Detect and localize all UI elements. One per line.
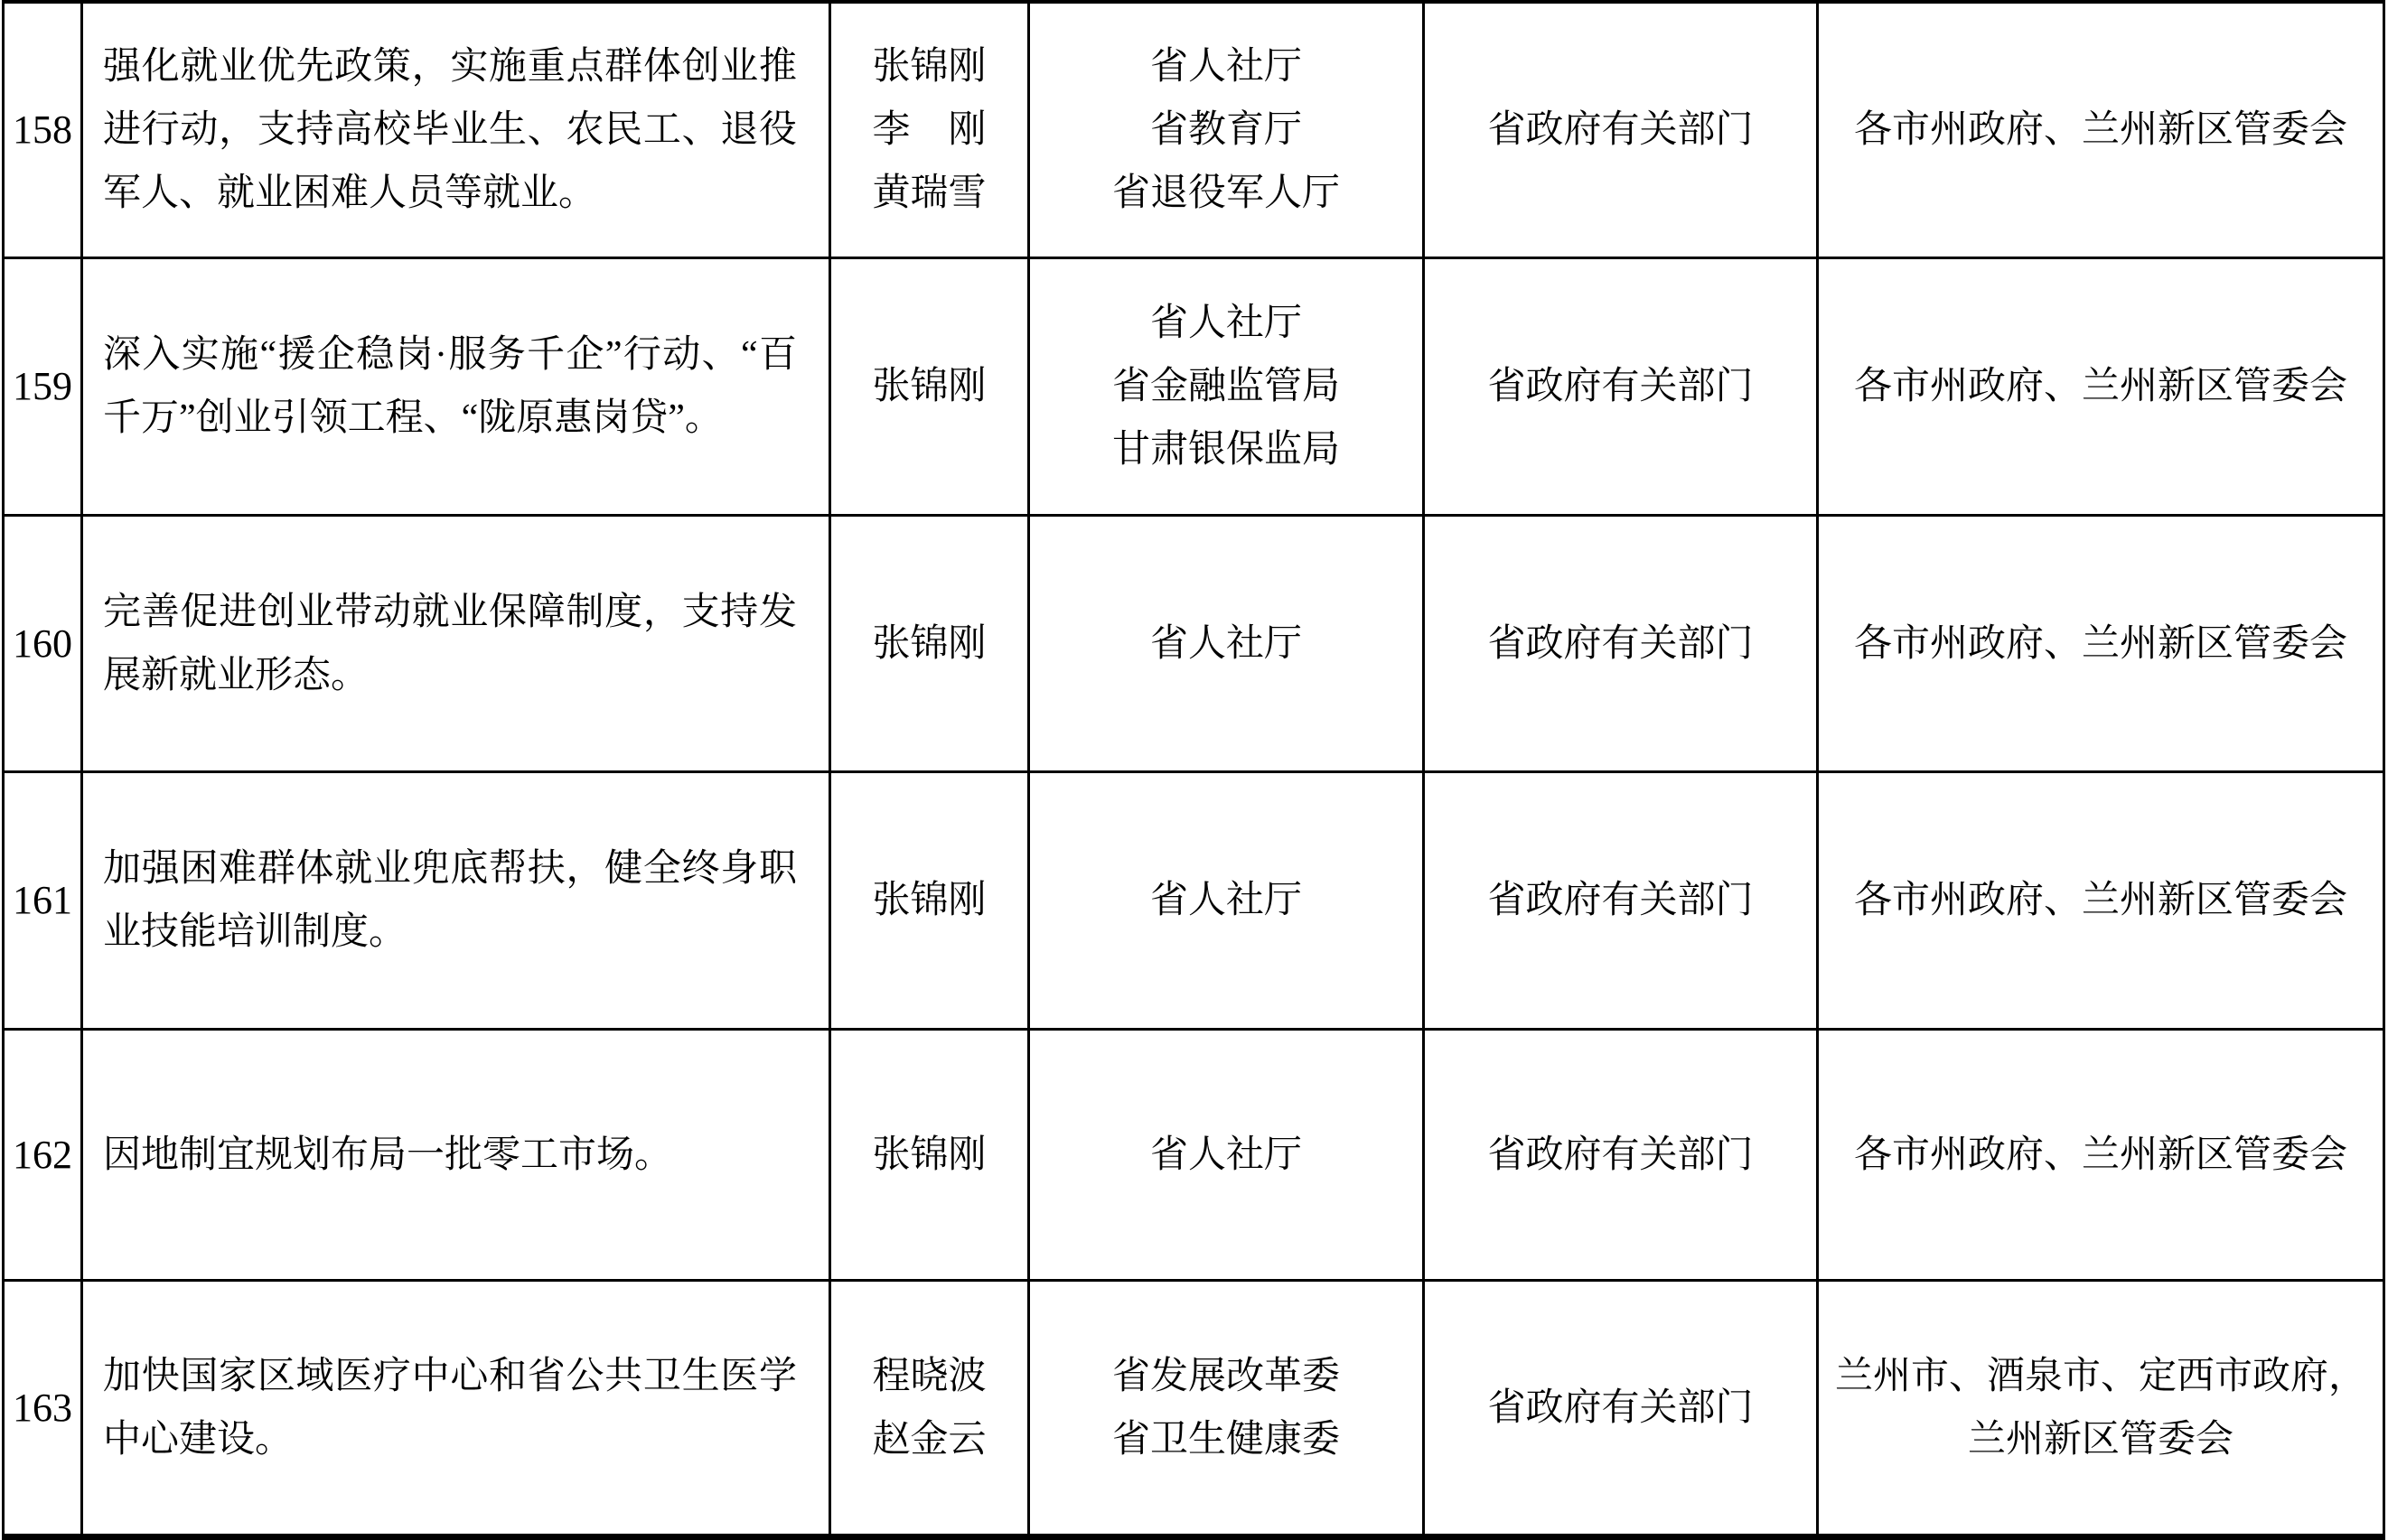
department-name: 省人社厅 xyxy=(1150,292,1302,355)
department-name: 省人社厅 xyxy=(1150,869,1302,932)
departments-cell: 省人社厅 xyxy=(1030,517,1425,770)
related-departments: 省政府有关部门 xyxy=(1487,1377,1753,1440)
department-name: 省卫生健康委 xyxy=(1112,1408,1340,1471)
table-row: 159 深入实施“援企稳岗·服务千企”行动、“百千万”创业引领工程、“陇原惠岗贷… xyxy=(5,259,2383,517)
leader-name: 张锦刚 xyxy=(872,355,986,418)
leaders-cell: 张锦刚 xyxy=(831,773,1030,1028)
implementer-line: 各市州政府、兰州新区管委会 xyxy=(1854,612,2347,676)
table-row: 158 强化就业优先政策，实施重点群体创业推进行动，支持高校毕业生、农民工、退役… xyxy=(5,4,2383,259)
leader-name: 张锦刚 xyxy=(872,1124,986,1187)
related-departments: 省政府有关部门 xyxy=(1487,612,1753,676)
related-departments: 省政府有关部门 xyxy=(1487,355,1753,418)
leaders-cell: 张锦刚 xyxy=(831,1031,1030,1279)
task-cell: 加快国家区域医疗中心和省公共卫生医学中心建设。 xyxy=(83,1282,831,1534)
leader-name: 程晓波 xyxy=(872,1345,986,1408)
related-departments-cell: 省政府有关部门 xyxy=(1425,1031,1819,1279)
task-text: 加强困难群体就业兜底帮扶，健全终身职业技能培训制度。 xyxy=(103,837,797,964)
departments-cell: 省人社厅 xyxy=(1030,1031,1425,1279)
task-cell: 深入实施“援企稳岗·服务千企”行动、“百千万”创业引领工程、“陇原惠岗贷”。 xyxy=(83,259,831,514)
leaders-cell: 程晓波 赵金云 xyxy=(831,1282,1030,1534)
related-departments-cell: 省政府有关部门 xyxy=(1425,4,1819,257)
related-departments: 省政府有关部门 xyxy=(1487,869,1753,932)
related-departments-cell: 省政府有关部门 xyxy=(1425,259,1819,514)
task-text: 强化就业优先政策，实施重点群体创业推进行动，支持高校毕业生、农民工、退役军人、就… xyxy=(103,35,797,225)
department-name: 甘肃银保监局 xyxy=(1112,418,1340,481)
leader-name: 张锦刚 xyxy=(872,35,986,98)
departments-cell: 省人社厅 省金融监管局 甘肃银保监局 xyxy=(1030,259,1425,514)
table-row: 162 因地制宜规划布局一批零工市场。 张锦刚 省人社厅 省政府有关部门 各市州… xyxy=(5,1031,2383,1282)
related-departments-cell: 省政府有关部门 xyxy=(1425,517,1819,770)
implementers-cell: 各市州政府、兰州新区管委会 xyxy=(1819,517,2383,770)
implementers-cell: 各市州政府、兰州新区管委会 xyxy=(1819,4,2383,257)
departments-cell: 省人社厅 xyxy=(1030,773,1425,1028)
related-departments-cell: 省政府有关部门 xyxy=(1425,1282,1819,1534)
task-cell: 强化就业优先政策，实施重点群体创业推进行动，支持高校毕业生、农民工、退役军人、就… xyxy=(83,4,831,257)
leader-name: 张锦刚 xyxy=(872,612,986,676)
table-row: 161 加强困难群体就业兜底帮扶，健全终身职业技能培训制度。 张锦刚 省人社厅 … xyxy=(5,773,2383,1031)
row-number: 160 xyxy=(5,517,83,770)
department-name: 省人社厅 xyxy=(1150,612,1302,676)
task-assignment-table: 158 强化就业优先政策，实施重点群体创业推进行动，支持高校毕业生、农民工、退役… xyxy=(2,0,2385,1540)
implementers-cell: 各市州政府、兰州新区管委会 xyxy=(1819,773,2383,1028)
task-cell: 因地制宜规划布局一批零工市场。 xyxy=(83,1031,831,1279)
department-name: 省人社厅 xyxy=(1150,35,1302,98)
implementer-line: 兰州新区管委会 xyxy=(1968,1408,2233,1471)
leaders-cell: 张锦刚 xyxy=(831,259,1030,514)
leader-name: 张锦刚 xyxy=(872,869,986,932)
implementers-cell: 各市州政府、兰州新区管委会 xyxy=(1819,259,2383,514)
implementers-cell: 兰州市、酒泉市、定西市政府， 兰州新区管委会 xyxy=(1819,1282,2383,1534)
implementer-line: 各市州政府、兰州新区管委会 xyxy=(1854,355,2347,418)
implementer-line: 各市州政府、兰州新区管委会 xyxy=(1854,1124,2347,1187)
task-text: 因地制宜规划布局一批零工市场。 xyxy=(103,1124,797,1187)
leader-name: 李 刚 xyxy=(872,98,986,162)
department-name: 省退役军人厅 xyxy=(1112,162,1340,225)
related-departments: 省政府有关部门 xyxy=(1487,98,1753,162)
department-name: 省发展改革委 xyxy=(1112,1345,1340,1408)
document-page: 158 强化就业优先政策，实施重点群体创业推进行动，支持高校毕业生、农民工、退役… xyxy=(0,0,2388,1540)
task-text: 加快国家区域医疗中心和省公共卫生医学中心建设。 xyxy=(103,1345,797,1471)
department-name: 省教育厅 xyxy=(1150,98,1302,162)
department-name: 省人社厅 xyxy=(1150,1124,1302,1187)
task-cell: 加强困难群体就业兜底帮扶，健全终身职业技能培训制度。 xyxy=(83,773,831,1028)
table-row: 160 完善促进创业带动就业保障制度，支持发展新就业形态。 张锦刚 省人社厅 省… xyxy=(5,517,2383,773)
department-name: 省金融监管局 xyxy=(1112,355,1340,418)
row-number: 163 xyxy=(5,1282,83,1534)
row-number: 158 xyxy=(5,4,83,257)
table-row: 163 加快国家区域医疗中心和省公共卫生医学中心建设。 程晓波 赵金云 省发展改… xyxy=(5,1282,2383,1534)
departments-cell: 省人社厅 省教育厅 省退役军人厅 xyxy=(1030,4,1425,257)
departments-cell: 省发展改革委 省卫生健康委 xyxy=(1030,1282,1425,1534)
implementer-line: 各市州政府、兰州新区管委会 xyxy=(1854,98,2347,162)
task-text: 深入实施“援企稳岗·服务千企”行动、“百千万”创业引领工程、“陇原惠岗贷”。 xyxy=(103,323,797,450)
related-departments: 省政府有关部门 xyxy=(1487,1124,1753,1187)
row-number: 159 xyxy=(5,259,83,514)
leader-name: 赵金云 xyxy=(872,1408,986,1471)
leaders-cell: 张锦刚 xyxy=(831,517,1030,770)
row-number: 162 xyxy=(5,1031,83,1279)
implementer-line: 兰州市、酒泉市、定西市政府， xyxy=(1835,1345,2366,1408)
related-departments-cell: 省政府有关部门 xyxy=(1425,773,1819,1028)
implementers-cell: 各市州政府、兰州新区管委会 xyxy=(1819,1031,2383,1279)
task-cell: 完善促进创业带动就业保障制度，支持发展新就业形态。 xyxy=(83,517,831,770)
task-text: 完善促进创业带动就业保障制度，支持发展新就业形态。 xyxy=(103,581,797,707)
row-number: 161 xyxy=(5,773,83,1028)
leaders-cell: 张锦刚 李 刚 黄瑞雪 xyxy=(831,4,1030,257)
leader-name: 黄瑞雪 xyxy=(872,162,986,225)
implementer-line: 各市州政府、兰州新区管委会 xyxy=(1854,869,2347,932)
